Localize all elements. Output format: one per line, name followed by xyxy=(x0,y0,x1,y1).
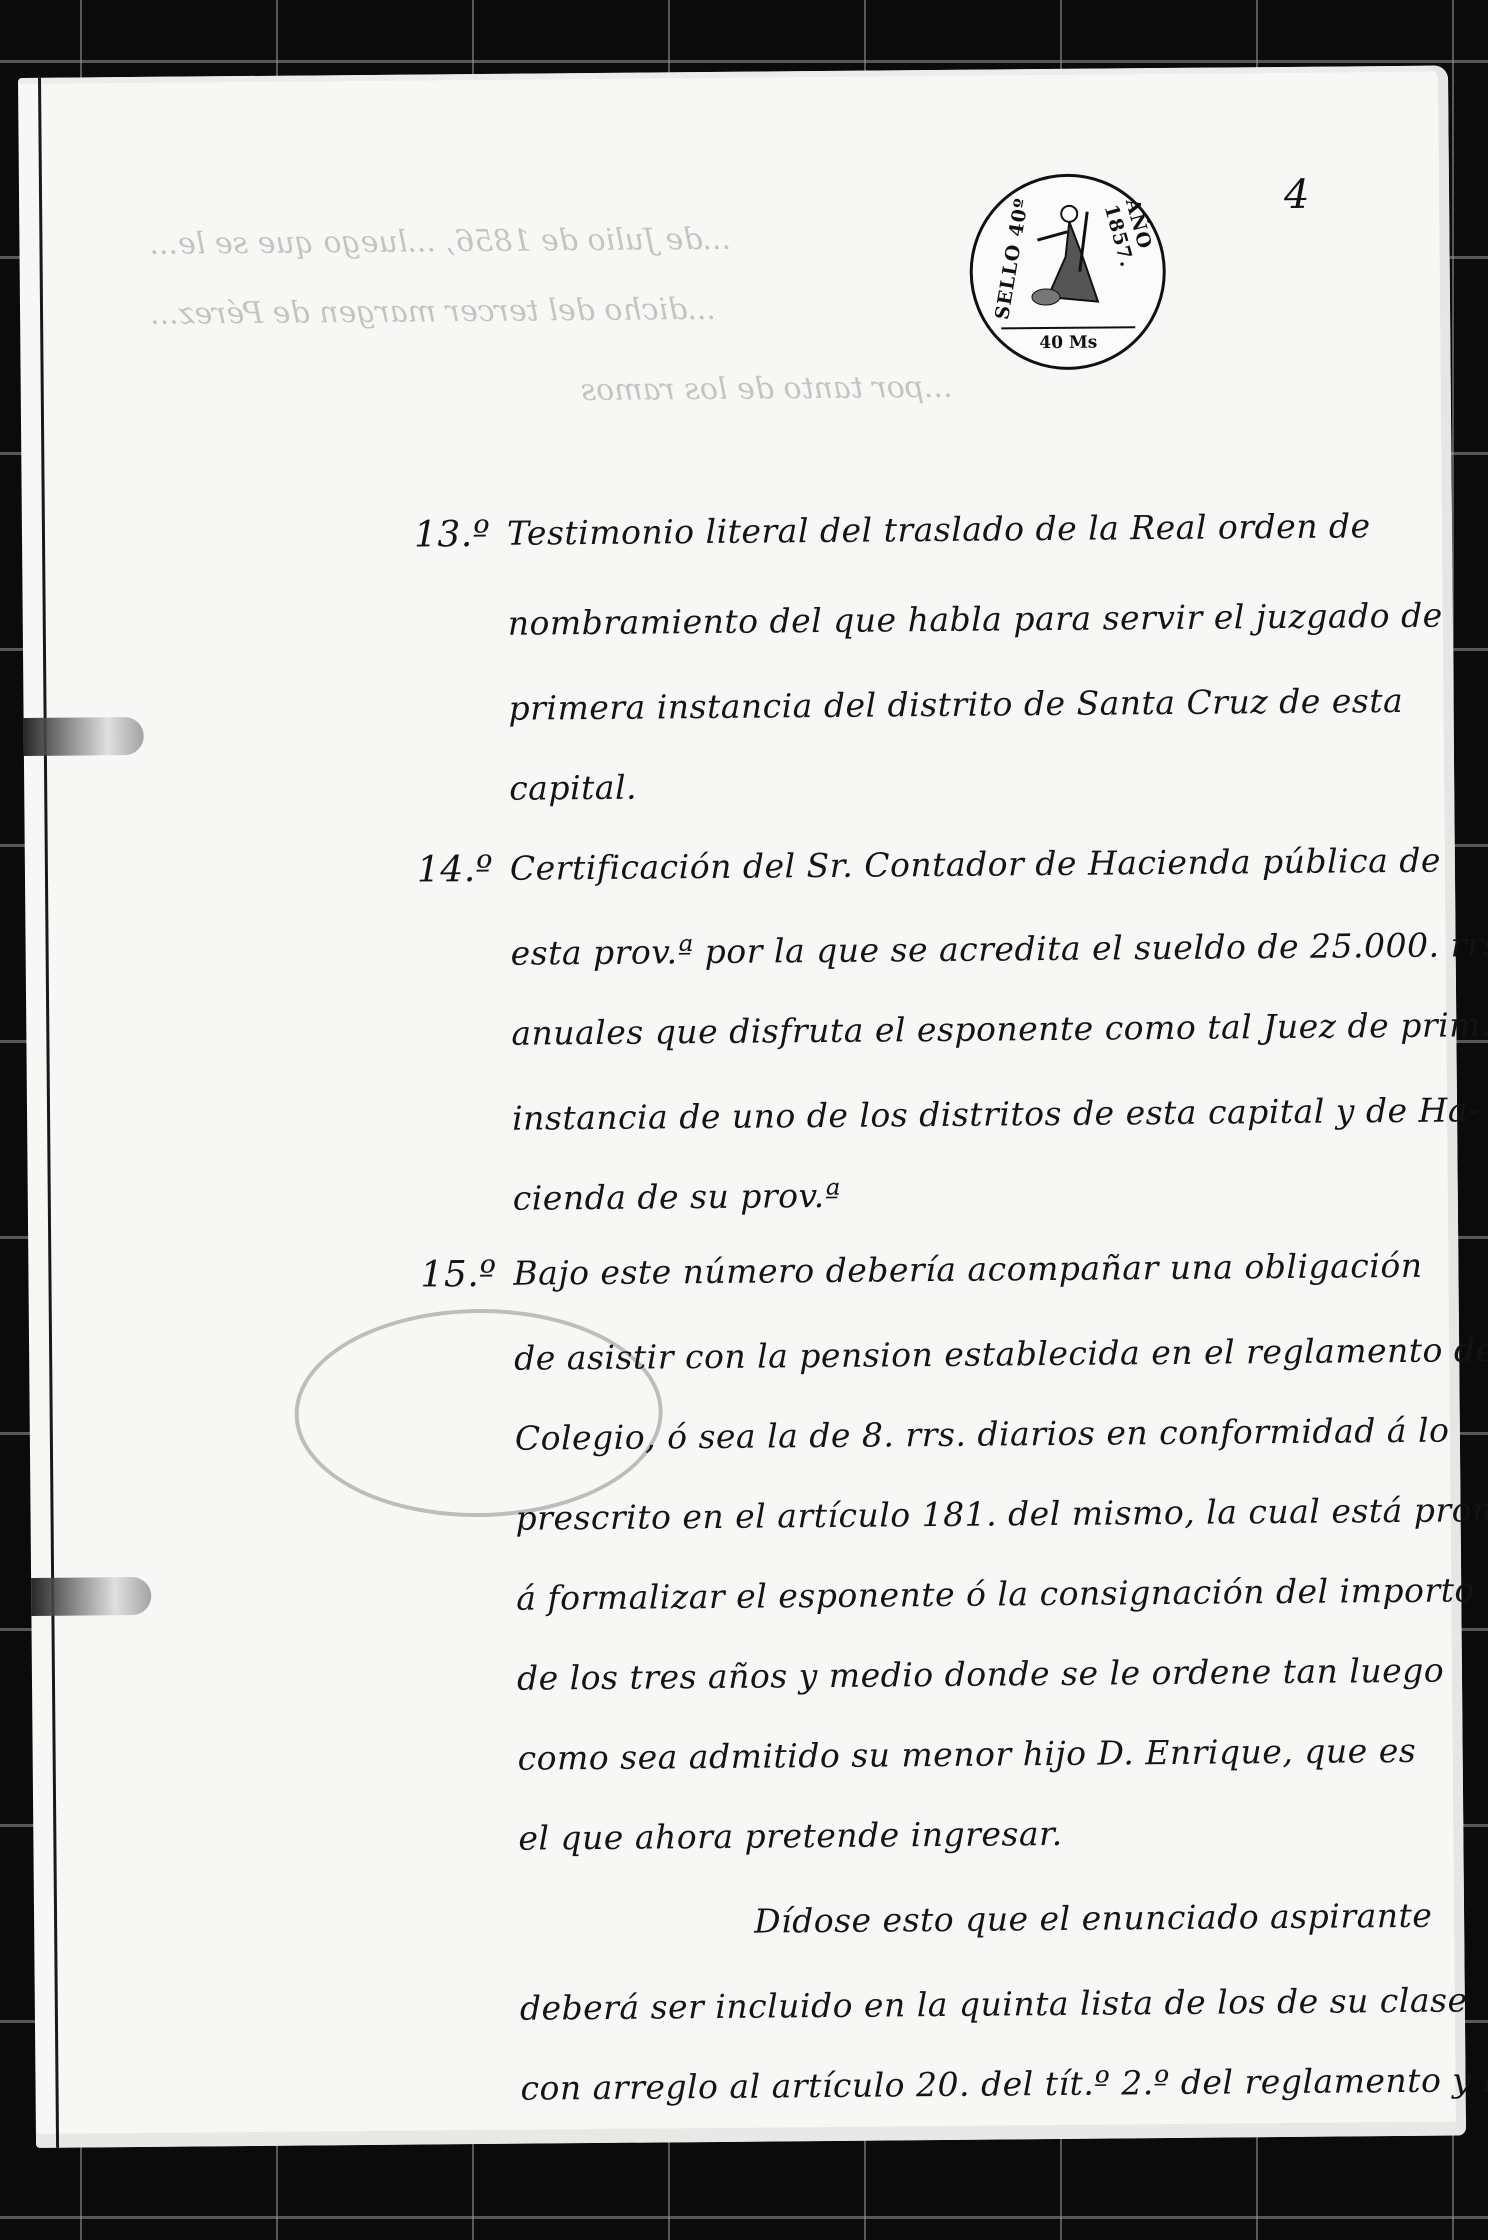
stamp-value: 40 Ms xyxy=(973,332,1163,354)
binding-tab xyxy=(31,1577,151,1616)
item-number: 13.º xyxy=(414,514,491,556)
text-line: como sea admitido su menor hijo D. Enriq… xyxy=(518,1731,1417,1778)
text-line: á formalizar el esponente ó la consignac… xyxy=(516,1570,1475,1617)
text-line: esta prov.ª por la que se acredita el su… xyxy=(510,925,1488,973)
text-line: Dídose esto que el enunciado aspirante xyxy=(754,1896,1433,1941)
text-line: deberá ser incluido en la quinta lista d… xyxy=(520,1980,1468,2027)
binding-spine xyxy=(38,78,59,2148)
item-number: 14.º xyxy=(417,849,494,891)
text-line: anuales que disfruta el esponente como t… xyxy=(511,1005,1488,1053)
text-line: Testimonio literal del traslado de la Re… xyxy=(507,506,1371,553)
binding-tab xyxy=(24,717,144,756)
bleed-through-text: ...de Julio de 1856, ...luego que se le.… xyxy=(149,222,731,262)
text-line: Bajo este número debería acompañar una o… xyxy=(513,1246,1422,1293)
item-number: 15.º xyxy=(420,1254,497,1296)
text-line: de los tres años y medio donde se le ord… xyxy=(517,1651,1444,1698)
text-line: Colegio, ó sea la de 8. rrs. diarios en … xyxy=(515,1411,1450,1458)
text-line: primera instancia del distrito de Santa … xyxy=(508,681,1403,728)
text-line: capital. xyxy=(509,768,637,808)
bleed-through-text: ...por tanto de los ramos xyxy=(581,370,953,408)
tax-stamp: SELLO 40º AÑO 1857. 40 Ms xyxy=(969,173,1167,371)
text-line: con arreglo al artículo 20. del tít.º 2.… xyxy=(520,2060,1488,2108)
seated-figure-icon xyxy=(1027,202,1108,323)
text-line: de asistir con la pension establecida en… xyxy=(514,1330,1488,1378)
text-line: prescrito en el artículo 181. del mismo,… xyxy=(515,1490,1488,1538)
handwritten-text: 13.º Testimonio literal del traslado de … xyxy=(18,66,1448,78)
document-page: ...de Julio de 1856, ...luego que se le.… xyxy=(18,66,1466,2148)
text-line: el que ahora pretende ingresar. xyxy=(518,1814,1063,1858)
stamp-right-text: AÑO 1857. xyxy=(1100,196,1160,270)
text-line: cienda de su prov.ª xyxy=(513,1176,841,1218)
stamp-divider xyxy=(1001,326,1135,329)
bleed-through-text: ...dicho del tercer margen de Pérez... xyxy=(150,292,716,332)
text-line: instancia de uno de los distritos de est… xyxy=(512,1090,1480,1137)
page-number: 4 xyxy=(1284,172,1310,218)
text-line: nombramiento del que habla para servir e… xyxy=(508,596,1443,643)
text-line: Certificación del Sr. Contador de Hacien… xyxy=(510,841,1441,888)
